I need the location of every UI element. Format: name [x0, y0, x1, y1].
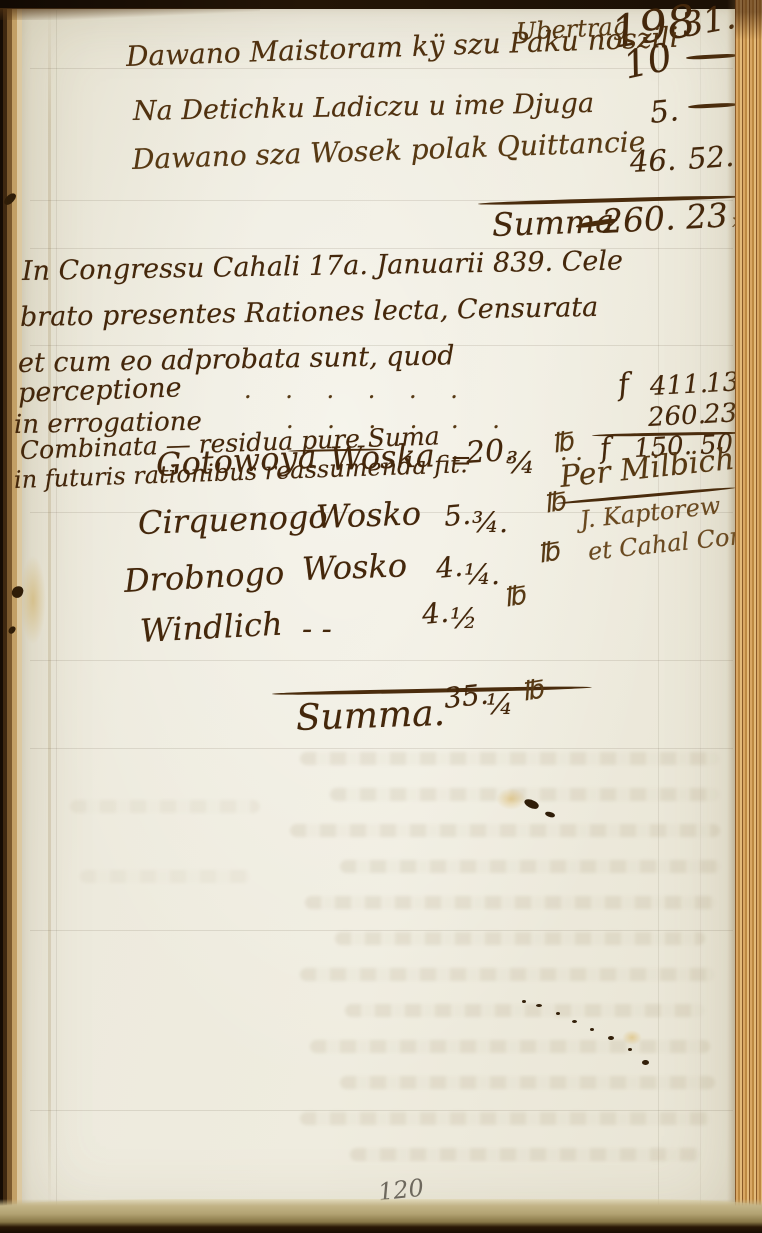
bleedthrough-row: [70, 800, 260, 813]
bleedthrough-row: [300, 1112, 710, 1125]
wax-row1-frac: ¾: [506, 446, 535, 481]
bleedthrough-row: [345, 1004, 705, 1017]
bleedthrough-row: [335, 932, 705, 945]
bleedthrough-row: [290, 824, 720, 837]
wax-row2-item: Wosko: [315, 494, 421, 536]
ink-spatter: [590, 1028, 594, 1031]
wax-row4-qty: 4.: [421, 596, 450, 631]
summa-money-amount: 260. 23: [601, 195, 729, 241]
bleedthrough-row: [300, 968, 715, 981]
wax-row1-item: Woska: [329, 436, 435, 478]
bleedthrough-row: [80, 870, 250, 883]
yellow-stain: [496, 788, 526, 810]
protocol-errogatione-fl: 260.: [647, 400, 706, 433]
ruling-line: [30, 660, 733, 661]
ruling-line: [30, 930, 733, 931]
ink-spatter: [536, 1004, 542, 1007]
wax-row3-frac: ¼.: [464, 558, 500, 591]
wax-row3-item: Wosko: [301, 546, 407, 588]
page-right-shadow: [727, 0, 735, 1212]
book-fore-edge: [735, 0, 762, 1233]
ink-spatter: [608, 1036, 614, 1040]
book-top-corner-shadow: [0, 8, 260, 20]
bleedthrough-row: [340, 1076, 715, 1089]
wax-summa-qty: 35.: [442, 677, 490, 714]
ruling-column-line: [700, 10, 701, 1205]
protocol-perceptione-label: perceptione: [17, 372, 182, 409]
left-edge-stain: [20, 555, 46, 645]
ruling-column-line: [658, 10, 659, 1205]
wax-row4-dash: - -: [302, 612, 332, 647]
wax-row3-qty: 4.: [435, 550, 464, 585]
ruling-column-line: [56, 10, 57, 1205]
book-bottom-edge: [0, 1199, 762, 1233]
wax-summa-label: Summa.: [295, 693, 445, 739]
ink-spatter: [556, 1012, 560, 1015]
bleedthrough-row: [350, 1148, 700, 1161]
wax-row2-frac: ¾.: [472, 506, 508, 539]
ink-spatter: [522, 1000, 526, 1003]
bleedthrough-row: [310, 1040, 710, 1053]
bleedthrough-row: [300, 752, 720, 765]
wax-row2-name: Cirquenogo: [137, 497, 328, 542]
page-fold-line: [48, 0, 51, 1212]
wax-summa-frac: ¼: [486, 688, 513, 721]
ink-spatter: [572, 1020, 577, 1023]
manuscript-photo: Ubertrag 198 31. Dawano Maistoram kÿ szu…: [0, 0, 762, 1233]
protocol-perceptione-fl: 411.: [649, 369, 708, 402]
ink-spatter: [642, 1060, 649, 1065]
book-binding-left: [0, 0, 22, 1233]
entry-row2-amount-fl: 5.: [648, 93, 680, 131]
ruling-line: [30, 748, 733, 749]
wax-row4-name: Windlich: [139, 605, 283, 650]
bleedthrough-row: [340, 860, 720, 873]
entry-row3-amount-fl: 46.: [629, 143, 677, 179]
yellow-stain: [622, 1030, 642, 1045]
ink-spatter: [628, 1048, 632, 1051]
wax-row4-frac: ½: [450, 602, 477, 635]
protocol-perceptione-dots: . . . . . .: [244, 376, 471, 404]
ruling-line: [30, 1110, 733, 1111]
wax-row2-qty: 5.: [443, 498, 472, 533]
bleedthrough-row: [305, 896, 715, 909]
